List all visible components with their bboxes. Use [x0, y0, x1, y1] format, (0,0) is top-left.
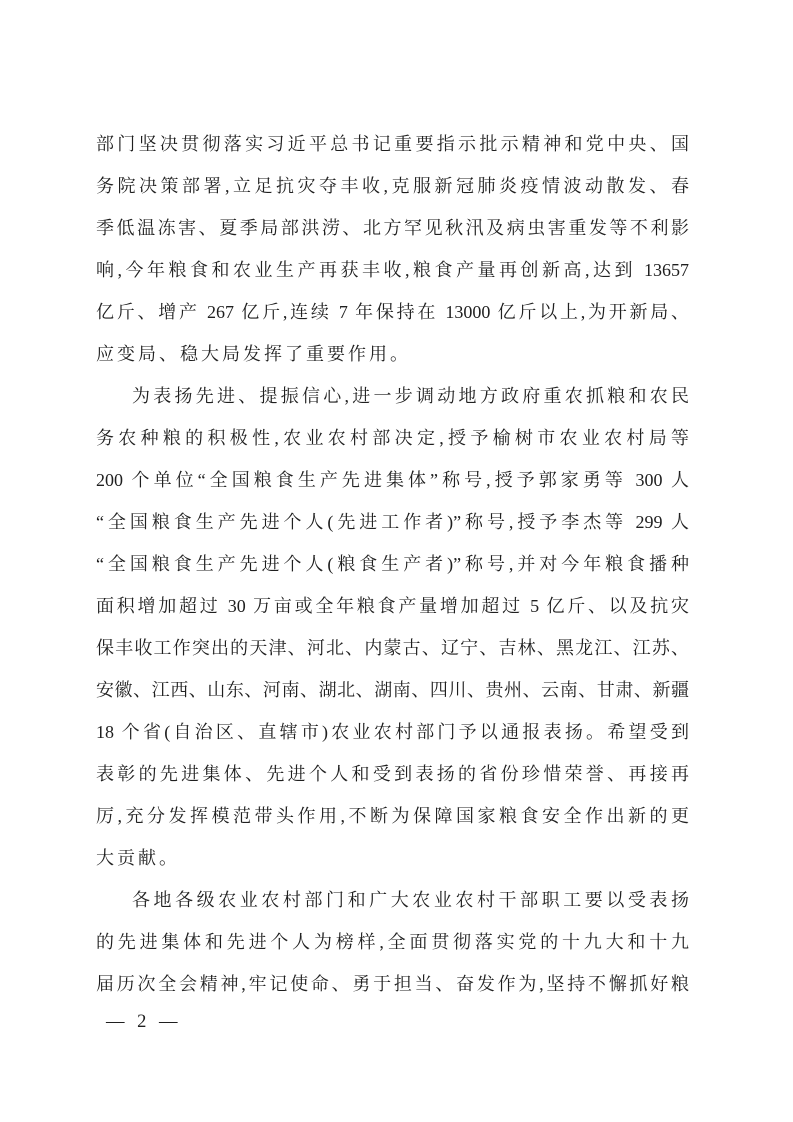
text-line: 为表扬先进、提振信心,进一步调动地方政府重农抓粮和农民 — [96, 375, 689, 417]
document-body: 部门坚决贯彻落实习近平总书记重要指示批示精神和党中央、国 务院决策部署,立足抗灾… — [96, 123, 689, 1005]
document-page: 部门坚决贯彻落实习近平总书记重要指示批示精神和党中央、国 务院决策部署,立足抗灾… — [0, 0, 793, 1122]
text-line: 响,今年粮食和农业生产再获丰收,粮食产量再创新高,达到 13657 — [96, 249, 689, 291]
text-line: 亿斤、增产 267 亿斤,连续 7 年保持在 13000 亿斤以上,为开新局、 — [96, 291, 689, 333]
page-number: — 2 — — [106, 1001, 182, 1043]
text-line: 应变局、稳大局发挥了重要作用。 — [96, 333, 689, 375]
text-line: 的先进集体和先进个人为榜样,全面贯彻落实党的十九大和十九 — [96, 921, 689, 963]
text-line: 18 个省(自治区、直辖市)农业农村部门予以通报表扬。希望受到 — [96, 711, 689, 753]
text-line: 表彰的先进集体、先进个人和受到表扬的省份珍惜荣誉、再接再 — [96, 753, 689, 795]
text-line: 届历次全会精神,牢记使命、勇于担当、奋发作为,坚持不懈抓好粮 — [96, 963, 689, 1005]
text-line: 200 个单位“全国粮食生产先进集体”称号,授予郭家勇等 300 人 — [96, 459, 689, 501]
paragraph-1: 部门坚决贯彻落实习近平总书记重要指示批示精神和党中央、国 务院决策部署,立足抗灾… — [96, 123, 689, 375]
text-line: 季低温冻害、夏季局部洪涝、北方罕见秋汛及病虫害重发等不利影 — [96, 207, 689, 249]
text-line: 面积增加超过 30 万亩或全年粮食产量增加超过 5 亿斤、以及抗灾 — [96, 585, 689, 627]
text-line: 务农种粮的积极性,农业农村部决定,授予榆树市农业农村局等 — [96, 417, 689, 459]
text-line: 安徽、江西、山东、河南、湖北、湖南、四川、贵州、云南、甘肃、新疆等 — [96, 669, 689, 711]
paragraph-2: 为表扬先进、提振信心,进一步调动地方政府重农抓粮和农民 务农种粮的积极性,农业农… — [96, 375, 689, 879]
text-line: 大贡献。 — [96, 837, 689, 879]
text-line: “全国粮食生产先进个人(粮食生产者)”称号,并对今年粮食播种 — [96, 543, 689, 585]
text-line: 厉,充分发挥模范带头作用,不断为保障国家粮食安全作出新的更 — [96, 795, 689, 837]
text-line: “全国粮食生产先进个人(先进工作者)”称号,授予李杰等 299 人 — [96, 501, 689, 543]
paragraph-3: 各地各级农业农村部门和广大农业农村干部职工要以受表扬 的先进集体和先进个人为榜样… — [96, 879, 689, 1005]
text-line: 各地各级农业农村部门和广大农业农村干部职工要以受表扬 — [96, 879, 689, 921]
text-line: 务院决策部署,立足抗灾夺丰收,克服新冠肺炎疫情波动散发、春 — [96, 165, 689, 207]
text-line: 部门坚决贯彻落实习近平总书记重要指示批示精神和党中央、国 — [96, 123, 689, 165]
text-line: 保丰收工作突出的天津、河北、内蒙古、辽宁、吉林、黑龙江、江苏、 — [96, 627, 689, 669]
